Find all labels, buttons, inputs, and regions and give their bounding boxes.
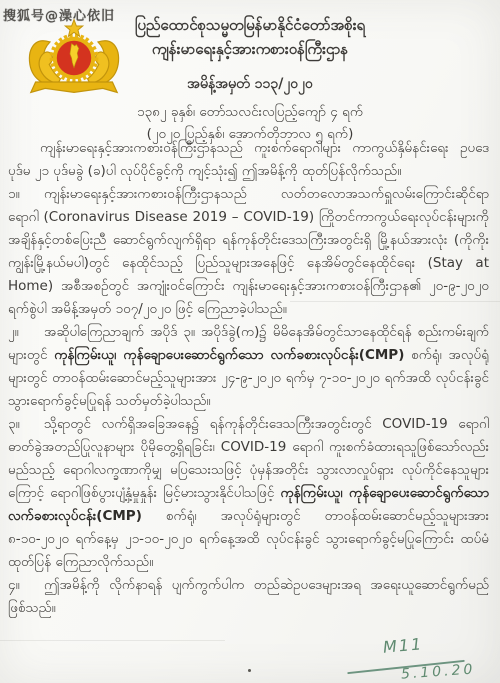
paragraph-1-number: ၁။	[8, 183, 44, 206]
order-number: အမိန့်အမှတ် ၁၁၃/၂၀၂၀	[0, 74, 500, 94]
paragraph-4: ၄။ဤအမိန့်ကို လိုက်နာရန် ပျက်ကွက်ပါက တည်ဆ…	[8, 574, 489, 620]
handwritten-signature: M11 5.10.20	[345, 634, 485, 682]
paragraph-4-number: ၄။	[8, 574, 44, 597]
paper-crease	[0, 640, 225, 641]
government-title: ပြည်ထောင်စုသမ္မတမြန်မာနိုင်ငံတော်အစိုးရ	[0, 14, 500, 37]
ministry-title: ကျန်းမာရေးနှင့်အားကစားဝန်ကြီးဌာန	[0, 38, 500, 61]
paragraph-2: ၂။အဆိုပါကြေညာချက် အပိုဒ် ၃။ အပိုဒ်ခွဲ(က)…	[8, 321, 489, 413]
paragraph-2-bold-cmp: ကုန်ကြမ်းယူ၊ ကုန်ချောပေးဆောင်ရွက်သော လက်…	[54, 347, 404, 363]
paragraph-intro: ကျန်းမာရေးနှင့်အားကစားဝန်ကြီးဌာနသည် ကူးစ…	[8, 137, 489, 183]
paragraph-intro-text: ကျန်းမာရေးနှင့်အားကစားဝန်ကြီးဌာနသည် ကူးစ…	[8, 140, 489, 179]
paragraph-2-number: ၂။	[8, 321, 44, 344]
paragraph-3: ၃။သို့ရာတွင် လက်ရှိအခြေအနေ၌ ရန်ကုန်တိုင်…	[8, 413, 489, 574]
paper-crease	[290, 301, 500, 302]
document-header: ပြည်ထောင်စုသမ္မတမြန်မာနိုင်ငံတော်အစိုးရ …	[0, 14, 500, 145]
date-myanmar-calendar: ၁၃၈၂ ခုနှစ်၊ တော်သလင်းလပြည့်ကျော် ၄ ရက်	[0, 101, 500, 123]
document-page: 搜狐号@澡心依旧 ပြည်ထောင်စုသမ္မတမြန်မာနိုင်ငံတေ…	[0, 0, 500, 683]
paragraph-1-text: ကျန်းမာရေးနှင့်အားကစားဝန်ကြီးဌာနသည် လတ်တ…	[8, 186, 489, 317]
paragraph-3-number: ၃။	[8, 413, 44, 436]
paragraph-4-text: ဤအမိန့်ကို လိုက်နာရန် ပျက်ကွက်ပါက တည်ဆဲဥ…	[8, 577, 489, 616]
document-body: ကျန်းမာရေးနှင့်အားကစားဝန်ကြီးဌာနသည် ကူးစ…	[8, 137, 489, 620]
page-mark-dot	[248, 669, 251, 672]
signature-initials: M11	[382, 634, 424, 656]
